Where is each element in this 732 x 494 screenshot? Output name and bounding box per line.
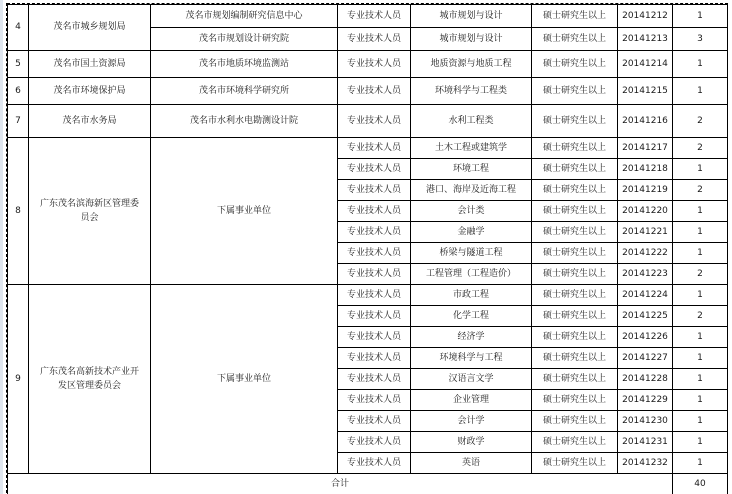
cell-major[interactable]: 城市规划与设计 — [411, 28, 532, 51]
cell-type[interactable]: 专业技术人员 — [338, 411, 411, 432]
cell-count[interactable]: 2 — [673, 264, 728, 285]
cell-unit[interactable]: 下属事业单位 — [151, 138, 338, 285]
cell-unit[interactable]: 茂名市水利水电勘测设计院 — [151, 105, 338, 138]
cell-count[interactable]: 1 — [673, 159, 728, 180]
cell-count[interactable]: 1 — [673, 285, 728, 306]
cell-edu[interactable]: 硕士研究生以上 — [532, 159, 618, 180]
cell-edu[interactable]: 硕士研究生以上 — [532, 78, 618, 105]
cell-edu[interactable]: 硕士研究生以上 — [532, 201, 618, 222]
cell-type[interactable]: 专业技术人员 — [338, 5, 411, 28]
cell-count[interactable]: 1 — [673, 243, 728, 264]
cell-code[interactable]: 20141221 — [618, 222, 673, 243]
cell-dept[interactable]: 茂名市国土资源局 — [29, 51, 151, 78]
cell-edu[interactable]: 硕士研究生以上 — [532, 369, 618, 390]
cell-major[interactable]: 土木工程或建筑学 — [411, 138, 532, 159]
cell-unit[interactable]: 下属事业单位 — [151, 285, 338, 474]
cell-major[interactable]: 港口、海岸及近海工程 — [411, 180, 532, 201]
cell-type[interactable]: 专业技术人员 — [338, 201, 411, 222]
cell-code[interactable]: 20141222 — [618, 243, 673, 264]
cell-type[interactable]: 专业技术人员 — [338, 138, 411, 159]
cell-major[interactable]: 英语 — [411, 453, 532, 474]
cell-count[interactable]: 1 — [673, 432, 728, 453]
cell-major[interactable]: 桥梁与隧道工程 — [411, 243, 532, 264]
cell-dept[interactable]: 广东茂名滨海新区管理委员会 — [29, 138, 151, 285]
cell-code[interactable]: 20141218 — [618, 159, 673, 180]
cell-count[interactable]: 2 — [673, 306, 728, 327]
cell-count[interactable]: 1 — [673, 51, 728, 78]
cell-edu[interactable]: 硕士研究生以上 — [532, 243, 618, 264]
cell-major[interactable]: 汉语言文学 — [411, 369, 532, 390]
cell-count[interactable]: 1 — [673, 369, 728, 390]
cell-type[interactable]: 专业技术人员 — [338, 285, 411, 306]
cell-edu[interactable]: 硕士研究生以上 — [532, 264, 618, 285]
cell-major[interactable]: 财政学 — [411, 432, 532, 453]
cell-count[interactable]: 1 — [673, 201, 728, 222]
cell-major[interactable]: 会计类 — [411, 201, 532, 222]
cell-type[interactable]: 专业技术人员 — [338, 306, 411, 327]
cell-unit[interactable]: 茂名市规划编制研究信息中心 — [151, 5, 338, 28]
cell-edu[interactable]: 硕士研究生以上 — [532, 28, 618, 51]
cell-code[interactable]: 20141229 — [618, 390, 673, 411]
cell-major[interactable]: 环境科学与工程类 — [411, 78, 532, 105]
cell-edu[interactable]: 硕士研究生以上 — [532, 327, 618, 348]
cell-count[interactable]: 1 — [673, 327, 728, 348]
cell-code[interactable]: 20141216 — [618, 105, 673, 138]
cell-code[interactable]: 20141227 — [618, 348, 673, 369]
cell-major[interactable]: 会计学 — [411, 411, 532, 432]
cell-edu[interactable]: 硕士研究生以上 — [532, 411, 618, 432]
cell-edu[interactable]: 硕士研究生以上 — [532, 348, 618, 369]
cell-dept[interactable]: 广东茂名高新技术产业开发区管理委员会 — [29, 285, 151, 474]
cell-code[interactable]: 20141224 — [618, 285, 673, 306]
cell-type[interactable]: 专业技术人员 — [338, 222, 411, 243]
cell-edu[interactable]: 硕士研究生以上 — [532, 180, 618, 201]
cell-count[interactable]: 2 — [673, 180, 728, 201]
cell-major[interactable]: 工程管理（工程造价） — [411, 264, 532, 285]
cell-edu[interactable]: 硕士研究生以上 — [532, 222, 618, 243]
cell-major[interactable]: 地质资源与地质工程 — [411, 51, 532, 78]
table-row: 8 广东茂名滨海新区管理委员会 下属事业单位 专业技术人员 土木工程或建筑学 硕… — [8, 138, 728, 159]
cell-count[interactable]: 1 — [673, 78, 728, 105]
cell-dept[interactable]: 茂名市水务局 — [29, 105, 151, 138]
cell-type[interactable]: 专业技术人员 — [338, 369, 411, 390]
cell-count[interactable]: 1 — [673, 411, 728, 432]
cell-code[interactable]: 20141226 — [618, 327, 673, 348]
table-row: 7 茂名市水务局 茂名市水利水电勘测设计院 专业技术人员 水利工程类 硕士研究生… — [8, 105, 728, 138]
cell-type[interactable]: 专业技术人员 — [338, 348, 411, 369]
cell-type[interactable]: 专业技术人员 — [338, 390, 411, 411]
cell-major[interactable]: 化学工程 — [411, 306, 532, 327]
cell-code[interactable]: 20141231 — [618, 432, 673, 453]
spreadsheet-page: 4 茂名市城乡规划局 茂名市规划编制研究信息中心 专业技术人员 城市规划与设计 … — [0, 0, 732, 494]
cell-code[interactable]: 20141213 — [618, 28, 673, 51]
cell-major[interactable]: 经济学 — [411, 327, 532, 348]
cell-edu[interactable]: 硕士研究生以上 — [532, 306, 618, 327]
cell-code[interactable]: 20141230 — [618, 411, 673, 432]
cell-edu[interactable]: 硕士研究生以上 — [532, 105, 618, 138]
cell-dept[interactable]: 茂名市城乡规划局 — [29, 5, 151, 51]
cell-unit[interactable]: 茂名市地质环境监测站 — [151, 51, 338, 78]
cell-major[interactable]: 环境工程 — [411, 159, 532, 180]
cell-edu[interactable]: 硕士研究生以上 — [532, 285, 618, 306]
cell-type[interactable]: 专业技术人员 — [338, 180, 411, 201]
cell-type[interactable]: 专业技术人员 — [338, 28, 411, 51]
cell-major[interactable]: 企业管理 — [411, 390, 532, 411]
cell-major[interactable]: 金融学 — [411, 222, 532, 243]
cell-type[interactable]: 专业技术人员 — [338, 432, 411, 453]
cell-no[interactable]: 5 — [8, 51, 29, 78]
total-label[interactable]: 合计 — [8, 474, 673, 494]
cell-count[interactable]: 1 — [673, 222, 728, 243]
cell-edu[interactable]: 硕士研究生以上 — [532, 432, 618, 453]
cell-no[interactable]: 9 — [8, 285, 29, 474]
cell-count[interactable]: 3 — [673, 28, 728, 51]
cell-count[interactable]: 1 — [673, 453, 728, 474]
table-row: 6 茂名市环境保护局 茂名市环境科学研究所 专业技术人员 环境科学与工程类 硕士… — [8, 78, 728, 105]
cell-code[interactable]: 20141223 — [618, 264, 673, 285]
cell-type[interactable]: 专业技术人员 — [338, 78, 411, 105]
cell-edu[interactable]: 硕士研究生以上 — [532, 453, 618, 474]
cell-major[interactable]: 环境科学与工程 — [411, 348, 532, 369]
cell-no[interactable]: 7 — [8, 105, 29, 138]
cell-code[interactable]: 20141217 — [618, 138, 673, 159]
cell-no[interactable]: 8 — [8, 138, 29, 285]
table-row: 5 茂名市国土资源局 茂名市地质环境监测站 专业技术人员 地质资源与地质工程 硕… — [8, 51, 728, 78]
cell-type[interactable]: 专业技术人员 — [338, 51, 411, 78]
cell-count[interactable]: 1 — [673, 5, 728, 28]
cell-code[interactable]: 20141219 — [618, 180, 673, 201]
cell-code[interactable]: 20141232 — [618, 453, 673, 474]
cell-unit[interactable]: 茂名市规划设计研究院 — [151, 28, 338, 51]
cell-type[interactable]: 专业技术人员 — [338, 243, 411, 264]
cell-no[interactable]: 6 — [8, 78, 29, 105]
cell-no[interactable]: 4 — [8, 5, 29, 51]
cell-edu[interactable]: 硕士研究生以上 — [532, 138, 618, 159]
recruitment-table: 4 茂名市城乡规划局 茂名市规划编制研究信息中心 专业技术人员 城市规划与设计 … — [7, 4, 728, 494]
cell-edu[interactable]: 硕士研究生以上 — [532, 5, 618, 28]
cell-code[interactable]: 20141214 — [618, 51, 673, 78]
table-row: 4 茂名市城乡规划局 茂名市规划编制研究信息中心 专业技术人员 城市规划与设计 … — [8, 5, 728, 28]
cell-dept[interactable]: 茂名市环境保护局 — [29, 78, 151, 105]
cell-type[interactable]: 专业技术人员 — [338, 453, 411, 474]
cell-code[interactable]: 20141215 — [618, 78, 673, 105]
cell-count[interactable]: 1 — [673, 390, 728, 411]
cell-count[interactable]: 2 — [673, 138, 728, 159]
total-count[interactable]: 40 — [673, 474, 728, 494]
cell-code[interactable]: 20141225 — [618, 306, 673, 327]
cell-major[interactable]: 城市规划与设计 — [411, 5, 532, 28]
cell-count[interactable]: 2 — [673, 105, 728, 138]
cell-code[interactable]: 20141220 — [618, 201, 673, 222]
cell-edu[interactable]: 硕士研究生以上 — [532, 51, 618, 78]
cell-type[interactable]: 专业技术人员 — [338, 264, 411, 285]
cell-unit[interactable]: 茂名市环境科学研究所 — [151, 78, 338, 105]
cell-code[interactable]: 20141212 — [618, 5, 673, 28]
total-row: 合计 40 — [8, 474, 728, 494]
table-row: 9 广东茂名高新技术产业开发区管理委员会 下属事业单位 专业技术人员 市政工程 … — [8, 285, 728, 306]
window-edge — [0, 0, 3, 494]
cell-count[interactable]: 1 — [673, 348, 728, 369]
cell-major[interactable]: 市政工程 — [411, 285, 532, 306]
cell-major[interactable]: 水利工程类 — [411, 105, 532, 138]
cell-type[interactable]: 专业技术人员 — [338, 105, 411, 138]
cell-type[interactable]: 专业技术人员 — [338, 327, 411, 348]
cell-type[interactable]: 专业技术人员 — [338, 159, 411, 180]
cell-code[interactable]: 20141228 — [618, 369, 673, 390]
cell-edu[interactable]: 硕士研究生以上 — [532, 390, 618, 411]
